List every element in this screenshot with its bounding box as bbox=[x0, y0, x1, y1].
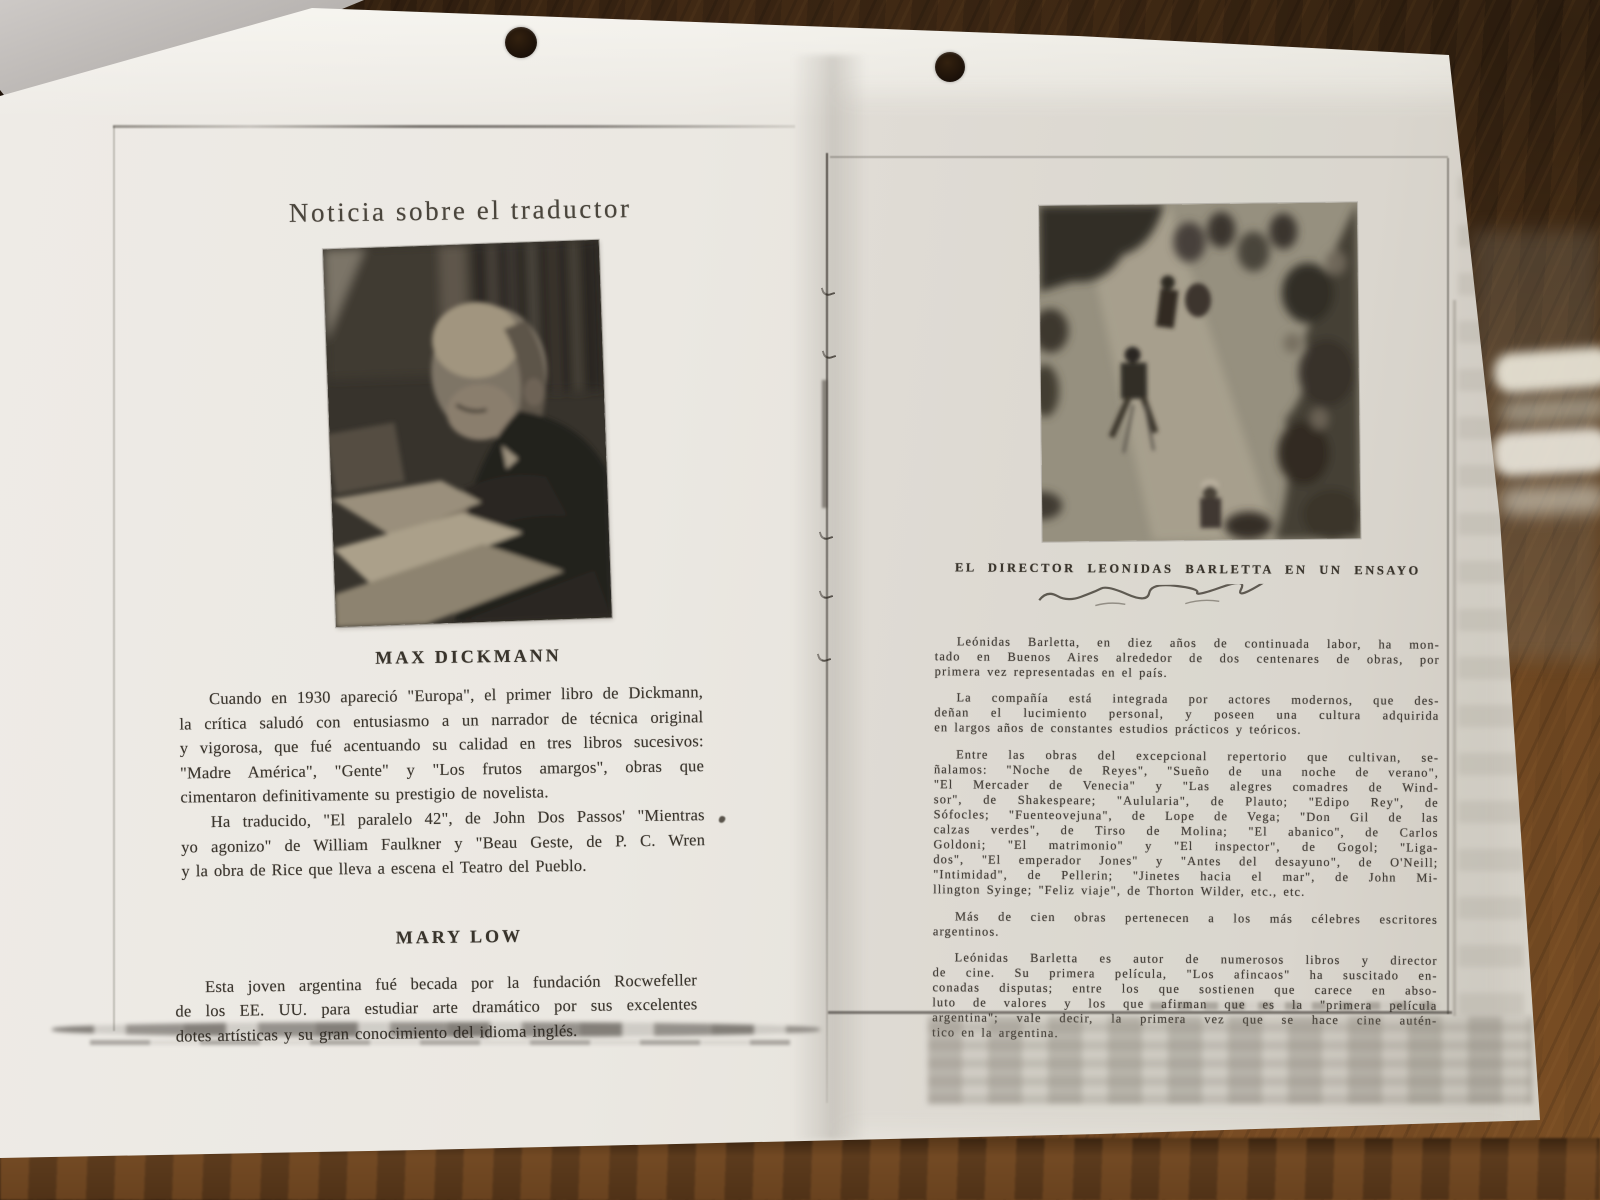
photocopy-border-right-vertical bbox=[1447, 158, 1449, 1014]
photo-caption-barletta: EL DIRECTOR LEONIDAS BARLETTA EN UN ENSA… bbox=[935, 560, 1440, 579]
table-glare-highlight bbox=[1492, 427, 1600, 477]
photocopy-smudge-bottom-right bbox=[928, 1016, 1532, 1104]
table-glare-highlight bbox=[1493, 346, 1600, 394]
photocopy-border-left-vertical bbox=[113, 126, 115, 1031]
photocopy-smudge-bottom-left-2 bbox=[90, 1040, 790, 1045]
section-heading-max-dickmann: MAX DICKMANN bbox=[188, 643, 748, 672]
paragraph-repertoire: Entre las obras del excepcional repertor… bbox=[933, 747, 1439, 901]
photocopied-program-page: Noticia sobre el traductor bbox=[0, 0, 1600, 1200]
photo-rehearsal bbox=[1039, 202, 1361, 541]
photo-max-dickmann bbox=[323, 240, 612, 627]
photo-rehearsal-image bbox=[1039, 202, 1361, 541]
table-glare-highlight bbox=[1500, 484, 1600, 516]
paragraph-cien-obras: Más de cien obras pertenecen a los más c… bbox=[933, 909, 1438, 943]
photocopy-border-right-vertical-2 bbox=[1453, 300, 1456, 1016]
hole-punch-right bbox=[935, 52, 965, 82]
hole-punch-left bbox=[505, 27, 537, 58]
right-page: EL DIRECTOR LEONIDAS BARLETTA EN UN ENSA… bbox=[932, 202, 1443, 1055]
paragraph-barletta-2: La compañía está integrada por actores m… bbox=[934, 691, 1439, 740]
photo-of-document-on-wooden-table: { "colors": { "paper": "#eae7e1", "wood"… bbox=[0, 0, 1600, 1200]
photocopy-border-right-top bbox=[830, 156, 1448, 158]
center-fold-smudge bbox=[822, 380, 827, 508]
section-heading-mary-low: MARY LOW bbox=[179, 922, 739, 951]
left-page: Noticia sobre el traductor bbox=[144, 192, 716, 1049]
right-page-text: Leónidas Barletta, en diez años de conti… bbox=[932, 634, 1440, 1044]
photocopy-smudge-bottom-left bbox=[52, 1022, 820, 1037]
ink-speck bbox=[718, 815, 726, 824]
ghost-text-smudge bbox=[1150, 1002, 1440, 1010]
paragraph-dickmann-1: Cuando en 1930 apareció "Europa", el pri… bbox=[179, 680, 705, 810]
table-glare-highlight bbox=[1499, 395, 1600, 425]
pencil-scribble bbox=[1035, 583, 1295, 610]
page-title: Noticia sobre el traductor bbox=[180, 192, 740, 231]
paragraph-barletta-1: Leónidas Barletta, en diez años de conti… bbox=[935, 634, 1440, 683]
photocopy-border-right-bottom bbox=[828, 1011, 1452, 1014]
paragraph-dickmann-2: Ha traducido, "El paralelo 42", de John … bbox=[181, 803, 706, 884]
photocopy-border-left-top bbox=[113, 125, 795, 128]
photo-max-dickmann-image bbox=[323, 240, 612, 627]
